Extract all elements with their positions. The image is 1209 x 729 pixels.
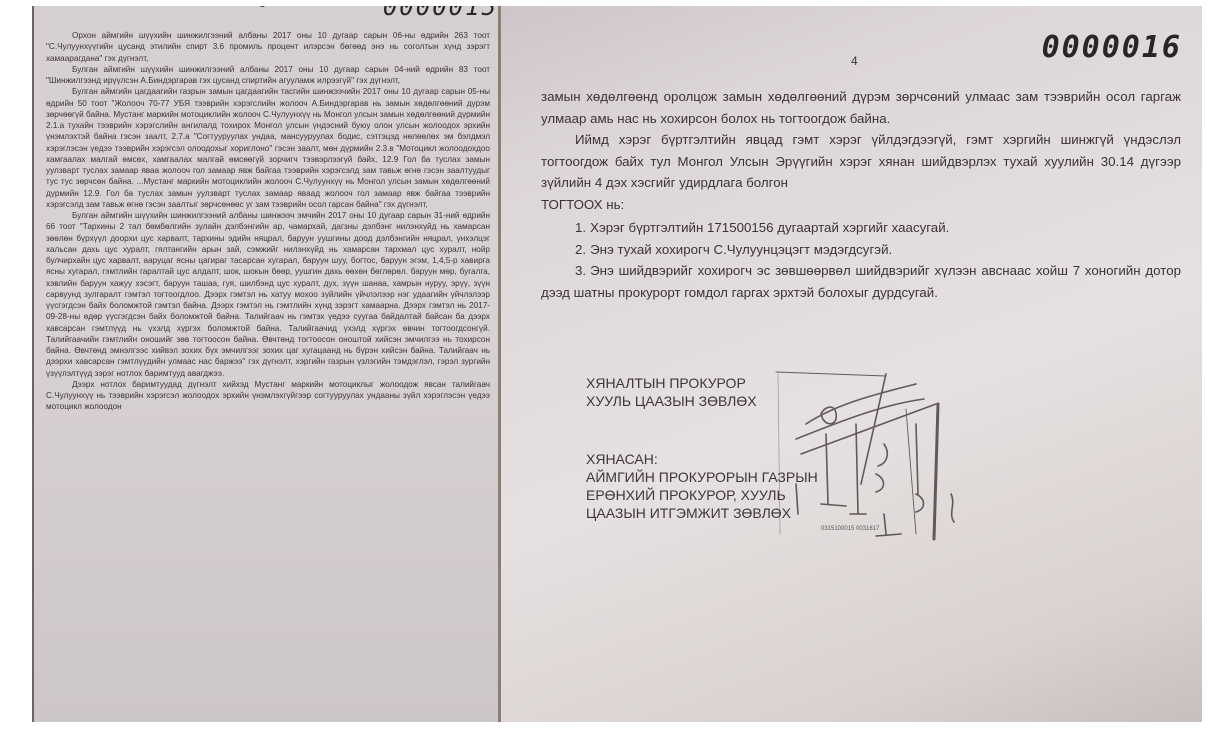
decision-item: 3.Энэ шийдвэрийг хохирогч эс зөвшөөрвөл … — [541, 260, 1181, 303]
stamp-code: 0315100015 0031617 — [821, 526, 879, 532]
paragraph: Орхон аймгийн шүүхийн шинжилгээний албан… — [46, 30, 490, 64]
page-serial-number: 0000015 — [383, 6, 498, 13]
document-page-right: 4 0000016 замын хөдөлгөөнд оролцож замын… — [498, 6, 1202, 722]
decision-item: 1.Хэрэг бүртгэлтийн 171500156 дугаартай … — [541, 217, 1181, 239]
decision-list: 1.Хэрэг бүртгэлтийн 171500156 дугаартай … — [541, 217, 1181, 303]
page-number: 4 — [851, 54, 858, 68]
paragraph: Булган аймгийн шүүхийн шинжилгээний алба… — [46, 210, 490, 379]
signature-title-supervising-prosecutor: ХЯНАЛТЫН ПРОКУРОР ХУУЛЬ ЦААЗЫН ЗӨВЛӨХ — [586, 374, 757, 410]
paragraph: замын хөдөлгөөнд оролцож замын хөдөлгөөн… — [541, 86, 1181, 129]
decision-item: 2.Энэ тухай хохирогч С.Чулуунцэцэгт мэдэ… — [541, 239, 1181, 261]
top-mark: 3 — [259, 6, 266, 9]
document-page-left: 3 0000015 Орхон аймгийн шүүхийн шинжилгэ… — [32, 6, 500, 722]
paragraph: Булган аймгийн цагдаагийн газрын замын ц… — [46, 86, 490, 210]
page-serial-number: 0000016 — [1042, 30, 1182, 65]
left-body-text: Орхон аймгийн шүүхийн шинжилгээний албан… — [46, 30, 490, 413]
stamp-signature-icon — [766, 364, 976, 544]
paragraph: Иймд хэрэг бүртгэлтийн явцад гэмт хэрэг … — [541, 129, 1181, 194]
paragraph: Дээрх нотлох баримтуудад дүгнэлт хийхэд … — [46, 379, 490, 413]
right-body-text: замын хөдөлгөөнд оролцож замын хөдөлгөөн… — [541, 86, 1181, 303]
paragraph: Булган аймгийн шүүхийн шинжилгээний алба… — [46, 64, 490, 87]
decision-heading: ТОГТООХ нь: — [541, 194, 1181, 216]
